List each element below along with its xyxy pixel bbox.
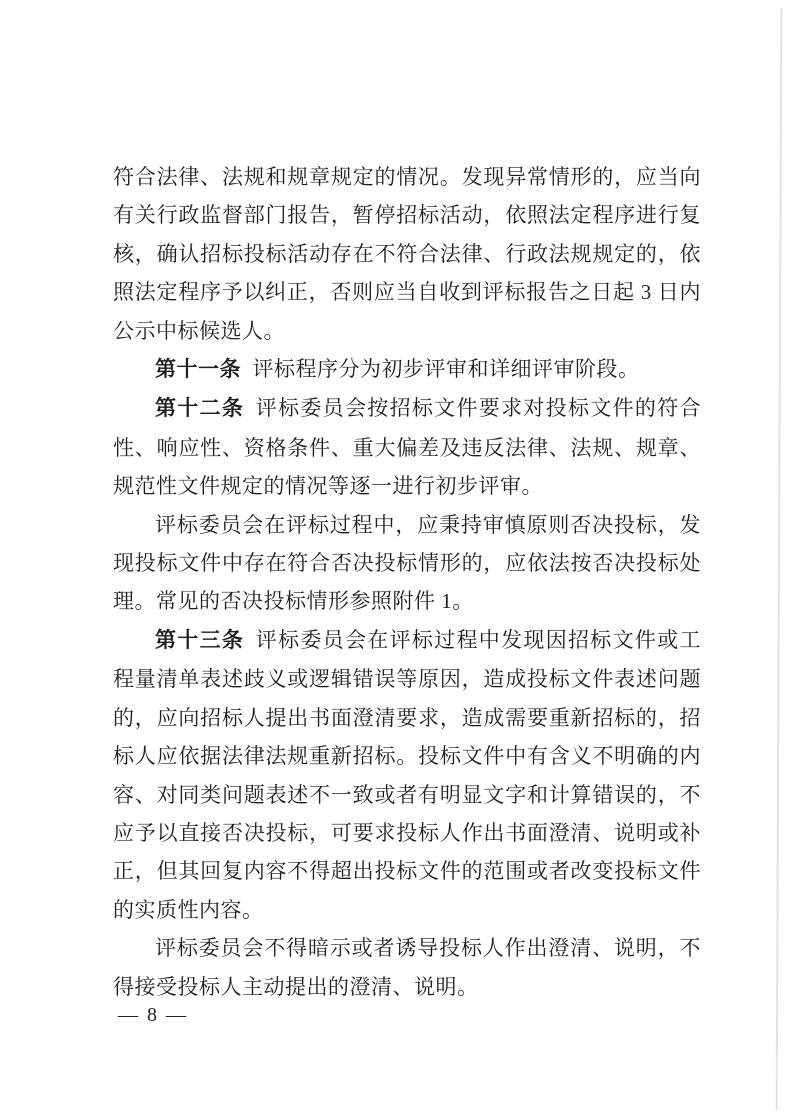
article-heading: 第十一条 [155,358,241,381]
article-heading: 第十二条 [155,397,244,420]
paragraph-veto-rule: 评标委员会在评标过程中，应秉持审慎原则否决投标，发现投标文件中存在符合否决投标情… [113,506,701,621]
paragraph-article-13: 第十三条评标委员会在评标过程中发现因招标文件或工程量清单表述歧义或逻辑错误等原因… [113,621,701,929]
paragraph-text: 符合法律、法规和规章规定的情况。发现异常情形的，应当向有关行政监督部门报告，暂停… [113,165,701,343]
paragraph-text: 评标委员会在评标过程中发现因招标文件或工程量清单表述歧义或逻辑错误等原因，造成投… [113,628,701,922]
document-body: 符合法律、法规和规章规定的情况。发现异常情形的，应当向有关行政监督部门报告，暂停… [113,158,701,1006]
scan-artifact-line [776,8,783,1110]
paragraph-text: 评标程序分为初步评审和详细评审阶段。 [253,357,640,381]
document-page: 符合法律、法规和规章规定的情况。发现异常情形的，应当向有关行政监督部门报告，暂停… [0,0,791,1119]
paragraph-text: 评标委员会在评标过程中，应秉持审慎原则否决投标，发现投标文件中存在符合否决投标情… [113,513,701,614]
article-heading: 第十三条 [155,629,244,652]
page-number: — 8 — [118,1004,188,1027]
paragraph-text: 评标委员会不得暗示或者诱导投标人作出澄清、说明，不得接受投标人主动提出的澄清、说… [113,936,701,998]
paragraph-article-11: 第十一条评标程序分为初步评审和详细评审阶段。 [113,350,701,389]
paragraph-clarification-rule: 评标委员会不得暗示或者诱导投标人作出澄清、说明，不得接受投标人主动提出的澄清、说… [113,929,701,1006]
paragraph-article-12: 第十二条评标委员会按招标文件要求对投标文件的符合性、响应性、资格条件、重大偏差及… [113,389,701,505]
paragraph-continuation: 符合法律、法规和规章规定的情况。发现异常情形的，应当向有关行政监督部门报告，暂停… [113,158,701,350]
